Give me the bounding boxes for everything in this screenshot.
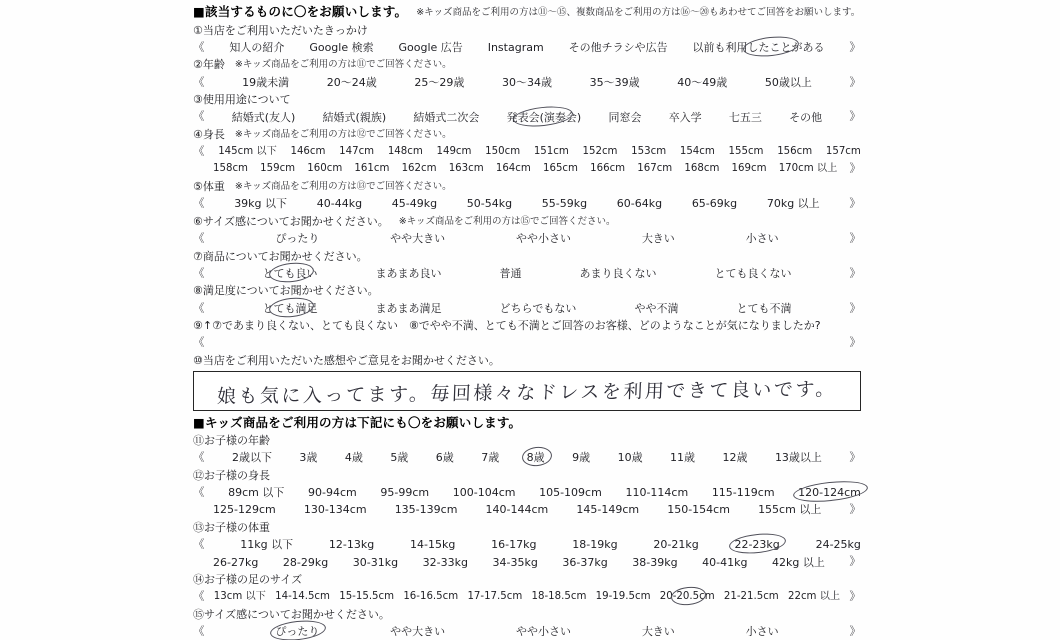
option: 以前も利用したことがある (693, 42, 825, 53)
question-label: ⑭お子様の足のサイズ (193, 571, 861, 588)
option: 9歳 (572, 452, 590, 463)
close-bracket: 》 (850, 337, 862, 349)
option: 14-15kg (410, 539, 455, 550)
close-bracket: 》 (850, 77, 862, 89)
option: 19歳未満 (242, 77, 289, 88)
option: やや小さい (516, 626, 571, 637)
option: 125-129cm (213, 504, 276, 515)
option: やや不満 (634, 303, 678, 314)
option: 5歳 (390, 452, 408, 463)
option: 146cm (290, 147, 325, 157)
open-bracket: 《 (193, 591, 205, 603)
question-text: ⑬お子様の体重 (193, 522, 270, 533)
free-answer-box: 娘も気に入ってます。毎回様々なドレスを利用できて良いです。 (193, 371, 861, 411)
question-text: ⑤体重 (193, 181, 225, 192)
option: 22-23kg (734, 539, 779, 550)
option: 150-154cm (667, 504, 730, 515)
scanned-survey-page: ■該当するものに〇をお願いします。※キッズ商品をご利用の方は⑪〜⑮、複数商品をご… (0, 0, 1060, 640)
close-bracket: 》 (849, 111, 861, 123)
option: とても不満 (736, 303, 791, 314)
circle-mark: 8歳 (527, 452, 545, 463)
close-bracket: 》 (849, 233, 861, 245)
option: 19-19.5cm (596, 592, 651, 602)
option: 130-134cm (304, 504, 367, 515)
option: 164cm (496, 164, 531, 174)
close-bracket: 》 (850, 268, 862, 280)
option: 40-44kg (317, 198, 362, 209)
open-bracket: 《 (193, 626, 205, 638)
option: 卒入学 (669, 112, 702, 123)
question-label: ⑮サイズ感についてお聞かせください。 (193, 606, 861, 623)
circle-mark: ても良 (274, 268, 307, 279)
option: 10歳 (618, 452, 643, 463)
option: 七五三 (729, 112, 762, 123)
option: その他 (789, 112, 822, 123)
options-row: 《89cm 以下90-94cm95-99cm100-104cm105-109cm… (193, 484, 861, 501)
open-bracket: 《 (193, 233, 205, 245)
section-title: ■キッズ商品をご利用の方は下記にも〇をお願いします。 (193, 417, 521, 430)
option: 12-13kg (329, 539, 374, 550)
question-label: ⑥サイズ感についてお聞かせください。※キッズ商品をご利用の方は⑮でご回答ください… (193, 213, 861, 230)
question-note: ※キッズ商品をご利用の方は⑫でご回答ください。 (235, 130, 452, 140)
option: 15-15.5cm (339, 592, 394, 602)
option: 39kg 以下 (234, 198, 287, 209)
option: 100-104cm (453, 487, 516, 498)
option: 16-17kg (491, 539, 536, 550)
question-label: ⑦商品についてお聞かせください。 (193, 247, 861, 264)
option: 115-119cm (712, 487, 775, 498)
circle-mark: 22-23kg (734, 539, 779, 550)
option: 知人の紹介 (229, 42, 284, 53)
close-bracket: 》 (849, 626, 861, 638)
option: 145cm 以下 (218, 147, 277, 157)
question-label: ⑤体重※キッズ商品をご利用の方は⑬でご回答ください。 (193, 178, 861, 195)
options-row: 《145cm 以下146cm147cm148cm149cm150cm151cm1… (193, 143, 861, 160)
options-row: 《知人の紹介Google 検索Google 広告Instagramその他チラシや… (193, 39, 861, 56)
option: 105-109cm (539, 487, 602, 498)
open-bracket: 《 (193, 146, 205, 158)
option: 26-27kg (213, 557, 258, 568)
handwritten-answer: 娘も気に入ってます。毎回様々なドレスを利用できて良いです。 (217, 374, 838, 409)
question-text: ⑩当店をご利用いただいた感想やご意見をお聞かせください。 (193, 355, 500, 366)
option: 156cm (777, 147, 812, 157)
open-bracket: 《 (193, 268, 205, 280)
option: 30〜34歳 (502, 77, 552, 88)
options-row: 《39kg 以下40-44kg45-49kg50-54kg55-59kg60-6… (193, 195, 861, 212)
option: 155cm (729, 147, 764, 157)
section-note: ※キッズ商品をご利用の方は⑪〜⑮、複数商品をご利用の方は⑯〜⑳もあわせてご回答を… (416, 8, 860, 18)
open-bracket: 《 (193, 539, 205, 551)
close-bracket: 》 (849, 556, 861, 568)
options-row: 《とても良いまあまあ良い普通あまり良くないとても良くない》 (193, 265, 861, 282)
option: 50-54kg (467, 198, 512, 209)
options-row: 125-129cm130-134cm135-139cm140-144cm145-… (193, 501, 861, 518)
option: 162cm (402, 164, 437, 174)
option: 165cm (543, 164, 578, 174)
option: 158cm (213, 164, 248, 174)
options-row: 《19歳未満20〜24歳25〜29歳30〜34歳35〜39歳40〜49歳50歳以… (193, 74, 861, 91)
option: 65-69kg (692, 198, 737, 209)
circle-mark: したこと (748, 42, 792, 53)
option: 結婚式二次会 (413, 112, 479, 123)
option: 89cm 以下 (228, 487, 284, 498)
option: 21-21.5cm (724, 592, 779, 602)
option: 161cm (354, 164, 389, 174)
options-row: 《とても満足まあまあ満足どちらでもないやや不満とても不満》 (193, 300, 861, 317)
open-bracket: 《 (193, 337, 205, 349)
option: 13歳以上 (775, 452, 822, 463)
open-bracket: 《 (193, 303, 205, 315)
option: 2歳以下 (232, 452, 272, 463)
option: 153cm (631, 147, 666, 157)
section-header: ■キッズ商品をご利用の方は下記にも〇をお願いします。 (193, 414, 861, 431)
options-row: 158cm159cm160cm161cm162cm163cm164cm165cm… (193, 161, 861, 178)
question-text: ⑨↑⑦であまり良くない、とても良くない ⑧でやや不満、とても不満とご回答のお客様… (193, 320, 821, 331)
option: その他チラシや広告 (569, 42, 668, 53)
question-text: ③使用用途について (193, 94, 291, 105)
option: とても良い (263, 268, 318, 279)
option: 169cm (732, 164, 767, 174)
option: 11kg 以下 (240, 539, 293, 550)
option: やや大きい (390, 626, 445, 637)
question-text: ⑭お子様の足のサイズ (193, 574, 302, 585)
option: 155cm 以上 (758, 504, 821, 515)
open-bracket: 《 (193, 111, 205, 123)
option: 152cm (583, 147, 618, 157)
option: 55-59kg (542, 198, 587, 209)
option: 24-25kg (816, 539, 861, 550)
close-bracket: 》 (849, 198, 861, 210)
close-bracket: 》 (849, 163, 861, 175)
circle-mark: 表会(演奏 (518, 112, 566, 123)
option: 145-149cm (576, 504, 639, 515)
question-label: ⑪お子様の年齢 (193, 432, 861, 449)
option: 14-14.5cm (275, 592, 330, 602)
question-label: ⑩当店をご利用いただいた感想やご意見をお聞かせください。 (193, 352, 861, 369)
option: 36-37kg (562, 557, 607, 568)
option: 34-35kg (493, 557, 538, 568)
option: 110-114cm (625, 487, 688, 498)
question-text: ⑪お子様の年齢 (193, 435, 270, 446)
option: Instagram (488, 42, 544, 53)
option: とても良くない (715, 268, 792, 279)
question-text: ⑫お子様の身長 (193, 470, 270, 481)
close-bracket: 》 (849, 591, 861, 603)
option: 発表会(演奏会) (507, 112, 582, 123)
option: とても満足 (263, 303, 318, 314)
option: 32-33kg (423, 557, 468, 568)
question-note: ※キッズ商品をご利用の方は⑪でご回答ください。 (235, 60, 452, 70)
option: 40〜49歳 (677, 77, 727, 88)
question-label: ④身長※キッズ商品をご利用の方は⑫でご回答ください。 (193, 126, 861, 143)
option: 大きい (642, 233, 675, 244)
option: 28-29kg (283, 557, 328, 568)
options-row: 26-27kg28-29kg30-31kg32-33kg34-35kg36-37… (193, 553, 861, 570)
question-note: ※キッズ商品をご利用の方は⑮でご回答ください。 (399, 217, 616, 227)
option: 157cm (826, 147, 861, 157)
option: 45-49kg (392, 198, 437, 209)
open-bracket: 《 (193, 487, 205, 499)
option: 148cm (388, 147, 423, 157)
option: 同窓会 (608, 112, 641, 123)
option: Google 広告 (399, 42, 463, 53)
close-bracket: 》 (849, 303, 861, 315)
option: 150cm (485, 147, 520, 157)
option: 16-16.5cm (403, 592, 458, 602)
option: まあまあ満足 (376, 303, 442, 314)
option: 40-41kg (702, 557, 747, 568)
option: 18-18.5cm (532, 592, 587, 602)
option: 25〜29歳 (414, 77, 464, 88)
open-bracket: 《 (193, 452, 205, 464)
options-row: 《》 (193, 334, 861, 351)
option: 結婚式(友人) (232, 112, 296, 123)
question-label: ⑧満足度についてお聞かせください。 (193, 282, 861, 299)
question-label: ②年齢※キッズ商品をご利用の方は⑪でご回答ください。 (193, 56, 861, 73)
open-bracket: 《 (193, 42, 205, 54)
question-text: ⑮サイズ感についてお聞かせください。 (193, 609, 390, 620)
options-row: 《ぴったりやや大きいやや小さい大きい小さい》 (193, 230, 861, 247)
question-text: ⑧満足度についてお聞かせください。 (193, 285, 379, 296)
option: まあまあ良い (376, 268, 442, 279)
options-row: 《結婚式(友人)結婚式(親族)結婚式二次会発表会(演奏会)同窓会卒入学七五三その… (193, 108, 861, 125)
option: どちらでもない (500, 303, 577, 314)
circle-mark: ぴったり (275, 626, 319, 637)
option: 結婚式(親族) (323, 112, 387, 123)
question-note: ※キッズ商品をご利用の方は⑬でご回答ください。 (235, 182, 452, 192)
question-label: ③使用用途について (193, 91, 861, 108)
question-label: ⑨↑⑦であまり良くない、とても良くない ⑧でやや不満、とても不満とご回答のお客様… (193, 317, 861, 334)
option: 167cm (637, 164, 672, 174)
option: 95-99cm (380, 487, 429, 498)
circle-mark: 120-124cm (798, 487, 861, 498)
option: 166cm (590, 164, 625, 174)
open-bracket: 《 (193, 198, 205, 210)
option: 120-124cm (798, 487, 861, 498)
option: やや小さい (516, 233, 571, 244)
option: 12歳 (722, 452, 747, 463)
option: 20〜24歳 (327, 77, 377, 88)
option: 3歳 (299, 452, 317, 463)
option: 11歳 (670, 452, 695, 463)
option: 160cm (307, 164, 342, 174)
option: 4歳 (345, 452, 363, 463)
form-content: ■該当するものに〇をお願いします。※キッズ商品をご利用の方は⑪〜⑮、複数商品をご… (193, 4, 861, 640)
option: 小さい (746, 626, 779, 637)
option: ぴったり (275, 233, 319, 244)
option: 17-17.5cm (467, 592, 522, 602)
question-label: ⑬お子様の体重 (193, 519, 861, 536)
option: 7歳 (481, 452, 499, 463)
option: 163cm (449, 164, 484, 174)
option: 20-20.5cm (660, 592, 715, 602)
option: 154cm (680, 147, 715, 157)
options-row: 《ぴったりやや大きいやや小さい大きい小さい》 (193, 623, 861, 640)
question-text: ⑥サイズ感についてお聞かせください。 (193, 216, 389, 227)
open-bracket: 《 (193, 77, 205, 89)
section-header: ■該当するものに〇をお願いします。※キッズ商品をご利用の方は⑪〜⑮、複数商品をご… (193, 4, 861, 21)
option: 147cm (339, 147, 374, 157)
option: 6歳 (436, 452, 454, 463)
option: 13cm 以下 (214, 592, 266, 602)
question-label: ①当店をご利用いただいたきっかけ (193, 21, 861, 38)
option: 60-64kg (617, 198, 662, 209)
option: 22cm 以上 (788, 592, 840, 602)
circle-mark: 20.5 (676, 592, 699, 602)
option: やや大きい (390, 233, 445, 244)
close-bracket: 》 (849, 504, 861, 516)
option: 普通 (500, 268, 522, 279)
close-bracket: 》 (849, 42, 861, 54)
option: 90-94cm (308, 487, 357, 498)
option: 168cm (684, 164, 719, 174)
options-row: 《11kg 以下12-13kg14-15kg16-17kg18-19kg20-2… (193, 536, 861, 553)
option: 70kg 以上 (767, 198, 820, 209)
option: 135-139cm (395, 504, 458, 515)
option: 20-21kg (653, 539, 698, 550)
option: 小さい (746, 233, 779, 244)
option: 8歳 (527, 452, 545, 463)
option: ぴったり (275, 626, 319, 637)
option: 大きい (642, 626, 675, 637)
option: 18-19kg (572, 539, 617, 550)
option: 140-144cm (486, 504, 549, 515)
option: 151cm (534, 147, 569, 157)
question-text: ④身長 (193, 129, 225, 140)
circle-mark: ても満 (274, 303, 307, 314)
options-row: 《2歳以下3歳4歳5歳6歳7歳8歳9歳10歳11歳12歳13歳以上》 (193, 449, 861, 466)
option: Google 検索 (309, 42, 373, 53)
option: 38-39kg (632, 557, 677, 568)
option: 35〜39歳 (590, 77, 640, 88)
option: 170cm 以上 (779, 164, 838, 174)
option: あまり良くない (580, 268, 657, 279)
option: 159cm (260, 164, 295, 174)
close-bracket: 》 (849, 452, 861, 464)
options-row: 《13cm 以下14-14.5cm15-15.5cm16-16.5cm17-17… (193, 588, 861, 605)
option: 30-31kg (353, 557, 398, 568)
question-text: ①当店をご利用いただいたきっかけ (193, 25, 368, 36)
question-text: ⑦商品についてお聞かせください。 (193, 251, 368, 262)
question-label: ⑫お子様の身長 (193, 466, 861, 483)
option: 149cm (436, 147, 471, 157)
question-text: ②年齢 (193, 59, 225, 70)
option: 50歳以上 (765, 77, 812, 88)
option: 42kg 以上 (772, 557, 825, 568)
section-title: ■該当するものに〇をお願いします。 (193, 6, 407, 19)
